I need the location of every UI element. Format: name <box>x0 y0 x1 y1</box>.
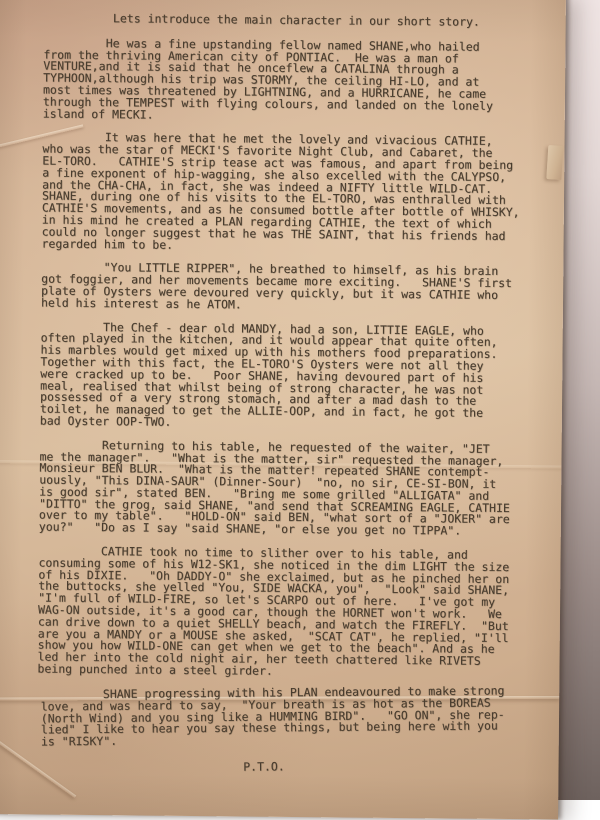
paper-page: Lets introduce the main character in our… <box>0 0 566 800</box>
paragraph: It was here that he met the lovely and v… <box>41 132 544 255</box>
typewritten-text: Lets introduce the main character in our… <box>36 13 545 778</box>
folded-bottom-section: SHANE progressing with his PLAN endeavou… <box>41 685 544 775</box>
paragraph: Returning to his table, he requested of … <box>39 439 542 538</box>
torn-edge <box>546 145 563 180</box>
paragraph: "You LITTLE RIPPER", he breathed to hims… <box>41 262 543 314</box>
page-footer-pto: P.T.O. <box>41 759 543 775</box>
paragraph: CATHIE took no time to slither over to h… <box>37 546 540 681</box>
paragraph: He was a fine upstanding fellow named SH… <box>43 37 546 124</box>
paragraph: The Chef - dear old MANDY, had a son, LI… <box>40 321 543 432</box>
paragraph: SHANE progressing with his PLAN endeavou… <box>41 685 543 748</box>
intro-line: Lets introduce the main character in our… <box>44 13 546 30</box>
